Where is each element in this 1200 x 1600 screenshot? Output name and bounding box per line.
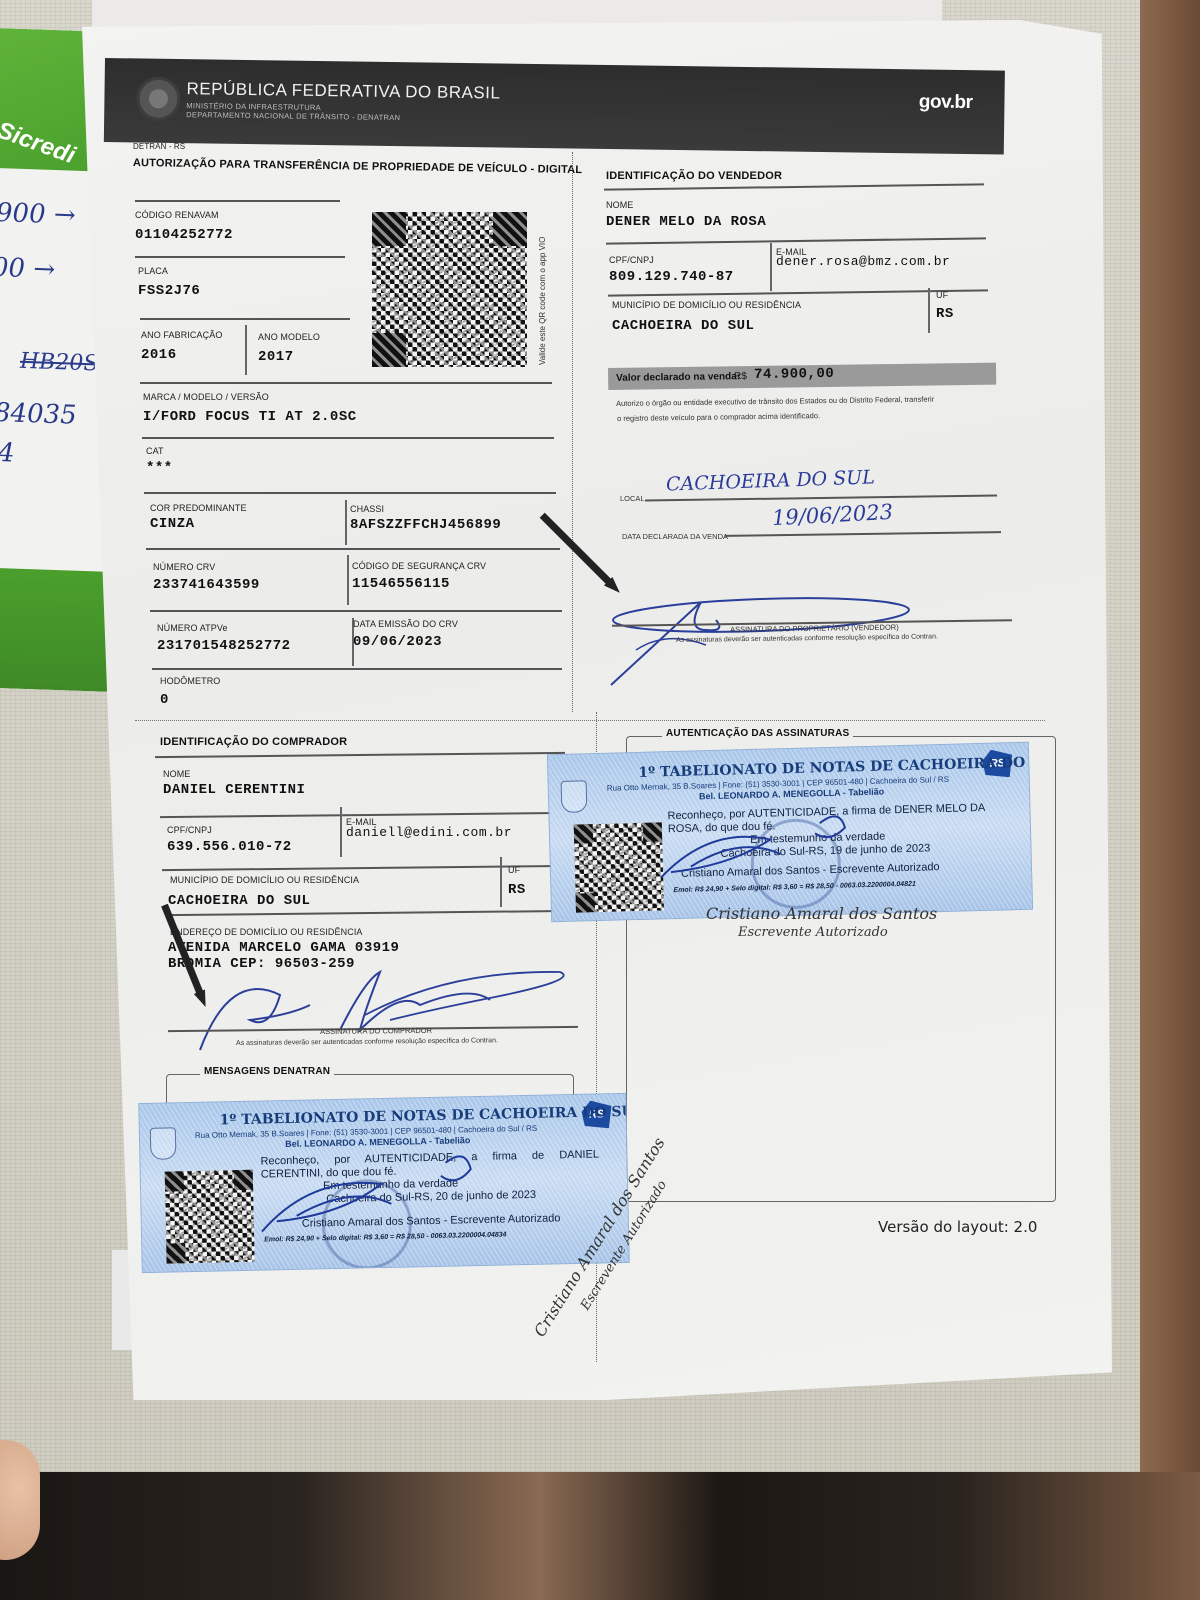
seller-municipio-label: MUNICÍPIO DE DOMICÍLIO OU RESIDÊNCIA [612,300,801,310]
rule [152,668,562,670]
notary-office: 1º TABELIONATO DE NOTAS DE CACHOEIRA DO … [219,1104,629,1129]
ano-modelo-value: 2017 [258,349,294,365]
cat-value: *** [146,460,173,476]
codigo-seguranca-value: 11546556115 [352,576,450,592]
rule [135,200,340,202]
ano-fabricacao-label: ANO FABRICAÇÃO [141,330,222,340]
buyer-signature-label: ASSINATURA DO COMPRADOR [320,1026,432,1036]
rule [142,437,554,439]
declared-value-currency: R$ [734,371,747,382]
rule [245,325,247,375]
handwritten-note: 00 → [0,253,55,285]
notary-seal-seller: RS 1º TABELIONATO DE NOTAS DE CACHOEIRA … [547,742,1033,923]
rule [146,548,560,550]
mensagens-title: MENSAGENS DENATRAN [200,1066,334,1077]
handwritten-note: HB20S [20,349,98,377]
seller-cpf-label: CPF/CNPJ [609,255,654,265]
data-emissao-value: 09/06/2023 [353,634,442,650]
notary-crest-icon [561,780,588,813]
numero-atpve-value: 231701548252772 [157,638,291,654]
issuer: DETRAN - RS [133,142,185,151]
qr-caption: Valide este QR code com o app VIO [538,237,547,365]
rule [340,807,342,857]
declared-value-label: Valor declarado na venda: [616,371,740,384]
seller-uf-label: UF [936,290,948,300]
hodometro-value: 0 [160,692,169,708]
document-header: REPÚBLICA FEDERATIVA DO BRASIL MINISTÉRI… [104,58,1005,155]
declared-value: 74.900,00 [754,366,834,383]
rule [144,492,556,494]
rule [345,500,347,545]
numero-crv-label: NÚMERO CRV [153,562,215,572]
brazil-coat-of-arms-icon [136,76,181,121]
buyer-email-value: daniell@edini.com.br [346,825,512,840]
notary-signature [649,802,851,887]
buyer-section-title: IDENTIFICAÇÃO DO COMPRADOR [160,736,347,748]
codigo-seguranca-label: CÓDIGO DE SEGURANÇA CRV [352,561,486,571]
seller-section-title: IDENTIFICAÇÃO DO VENDEDOR [606,170,782,182]
thumb [0,1440,40,1560]
rule [347,555,349,605]
seller-cpf-value: 809.129.740-87 [609,269,734,285]
chassi-value: 8AFSZZFFCHJ456899 [350,517,501,533]
wood-table-edge [1140,0,1200,1600]
vehicle-qr-code[interactable] [372,212,527,367]
renavam-value: 01104252772 [135,227,233,243]
ano-modelo-label: ANO MODELO [258,332,320,342]
clerk-stamp-role: Escrevente Autorizado [738,925,888,940]
buyer-municipio-label: MUNICÍPIO DE DOMICÍLIO OU RESIDÊNCIA [170,875,359,885]
autenticacao-title: AUTENTICAÇÃO DAS ASSINATURAS [662,728,853,739]
buyer-cpf-value: 639.556.010-72 [167,839,292,855]
rule [140,382,552,384]
rule [135,256,345,258]
marca-modelo-label: MARCA / MODELO / VERSÃO [143,392,269,402]
section-divider [135,720,1045,721]
cor-value: CINZA [150,516,195,532]
seller-nome-label: NOME [606,200,633,210]
ano-fabricacao-value: 2016 [141,347,177,363]
buyer-uf-value: RS [508,882,526,898]
local-label: LOCAL [620,494,645,503]
buyer-cpf-label: CPF/CNPJ [167,825,212,835]
marca-modelo-value: I/FORD FOCUS TI AT 2.0SC [143,409,357,425]
placa-label: PLACA [138,266,168,276]
buyer-endereco-label: ENDEREÇO DE DOMICÍLIO OU RESIDÊNCIA [170,927,363,937]
cat-label: CAT [146,446,164,456]
buyer-municipio-value: CACHOEIRA DO SUL [168,893,310,909]
rule [500,857,502,907]
seller-nome-value: DENER MELO DA ROSA [606,214,766,230]
hodometro-label: HODÔMETRO [160,676,220,686]
header-department: DEPARTAMENTO NACIONAL DE TRÂNSITO - DENA… [186,110,400,122]
buyer-uf-label: UF [508,865,520,875]
clerk-stamp-name: Cristiano Amaral dos Santos [706,904,937,923]
handwritten-note: 84035 [0,398,77,431]
handwritten-note: 900 → [0,198,76,231]
numero-atpve-label: NÚMERO ATPVe [157,623,228,633]
floor-background [0,1472,1200,1600]
rule [928,288,930,333]
buyer-nome-label: NOME [163,769,190,779]
govbr-logo: gov.br [919,91,973,114]
handwritten-note: 4 [0,438,15,469]
cor-label: COR PREDOMINANTE [150,503,247,513]
placa-value: FSS2J76 [138,283,200,299]
header-title: REPÚBLICA FEDERATIVA DO BRASIL [186,79,500,103]
rule [140,318,350,320]
buyer-nome-value: DANIEL CERENTINI [163,782,305,798]
chassi-label: CHASSI [350,504,384,514]
buyer-endereco-line1: AVENIDA MARCELO GAMA 03919 [168,940,399,956]
notary-qr-code[interactable] [165,1170,255,1264]
renavam-label: CÓDIGO RENAVAM [135,210,219,220]
column-divider [572,152,573,712]
layout-version: Versão do layout: 2.0 [878,1218,1037,1236]
rule [150,610,562,612]
notary-signature [250,1147,492,1242]
seller-uf-value: RS [936,306,954,322]
numero-crv-value: 233741643599 [153,577,260,593]
notary-seal-buyer: RS 1º TABELIONATO DE NOTAS DE CACHOEIRA … [138,1093,629,1273]
data-venda-label: DATA DECLARADA DA VENDA [622,532,728,541]
seller-municipio-value: CACHOEIRA DO SUL [612,318,754,334]
rule [770,243,772,291]
data-emissao-label: DATA EMISSÃO DO CRV [353,619,458,629]
notary-crest-icon [150,1127,177,1160]
booklet-green-back [0,568,110,692]
seller-email-value: dener.rosa@bmz.com.br [776,254,950,269]
